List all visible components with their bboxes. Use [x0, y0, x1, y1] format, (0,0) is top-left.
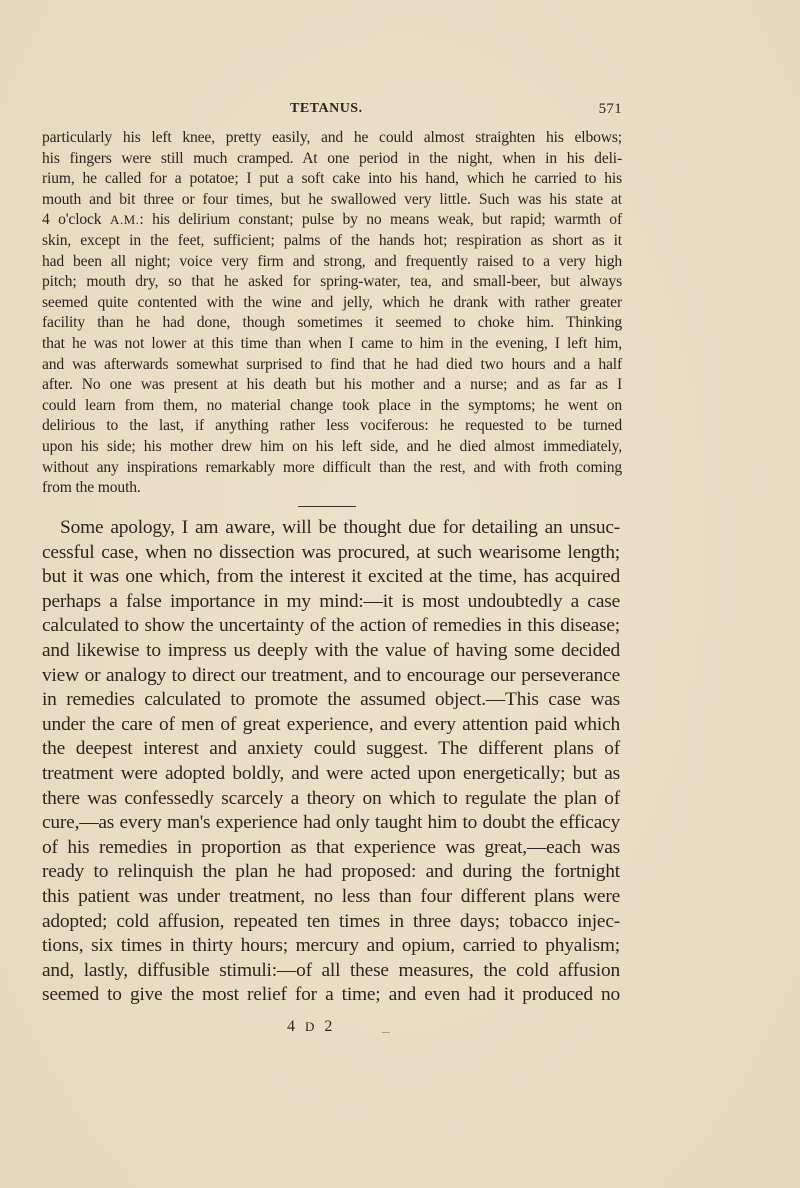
text-line: but it was one which, from the interest … [42, 565, 620, 590]
text-line: treatment were adopted boldly, and were … [42, 762, 620, 787]
text-line: mouth and bit three or four times, but h… [42, 190, 622, 211]
text-line: after. No one was present at his death b… [42, 375, 622, 396]
text-line: had been all night; voice very firm and … [42, 252, 622, 273]
text-line: the deepest interest and anxiety could s… [42, 737, 620, 762]
text-line: ready to relinquish the plan he had prop… [42, 860, 620, 885]
text-line: without any inspirations remarkably more… [42, 458, 622, 479]
text-line: in remedies calculated to promote the as… [42, 688, 620, 713]
stray-ink-mark [382, 1032, 390, 1033]
text-line: skin, except in the feet, sufficient; pa… [42, 231, 622, 252]
text-line: rium, he called for a potatoe; I put a s… [42, 169, 622, 190]
text-line: there was confessedly scarcely a theory … [42, 787, 620, 812]
text-line: and likewise to impress us deeply with t… [42, 639, 620, 664]
text-line: cessful case, when no dissection was pro… [42, 541, 620, 566]
text-line: calculated to show the uncertainty of th… [42, 614, 620, 639]
text-line: tions, six times in thirty hours; mercur… [42, 934, 620, 959]
text-line: this patient was under treatment, no les… [42, 885, 620, 910]
running-head: TETANUS. 571 [42, 101, 622, 121]
signature-number: 4 [287, 1018, 305, 1035]
text-line: Some apology, I am aware, will be though… [42, 516, 620, 541]
text-line: adopted; cold affusion, repeated ten tim… [42, 910, 620, 935]
signature-letter: D [305, 1019, 317, 1034]
page-number: 571 [599, 101, 622, 118]
text-line: his fingers were still much cramped. At … [42, 149, 622, 170]
running-title: TETANUS. [290, 101, 363, 117]
signature-number: 2 [317, 1018, 335, 1035]
signature-mark: 4 D 2 [287, 1018, 335, 1036]
text-line: and was afterwards somewhat surprised to… [42, 355, 622, 376]
text-line: particularly his left knee, pretty easil… [42, 128, 622, 149]
text-line: and, lastly, diffusible stimuli:—of all … [42, 959, 620, 984]
text-line: from the mouth. [42, 478, 622, 499]
time-abbreviation: A.M. [110, 212, 139, 227]
text-line: 4 o'clock A.M.: his delirium constant; p… [42, 210, 622, 231]
text-line: seemed to give the most relief for a tim… [42, 983, 620, 1008]
text-fragment: 4 o'clock [42, 211, 110, 228]
text-fragment: : his delirium constant; pulse by no mea… [139, 211, 622, 228]
text-line: cure,—as every man's experience had only… [42, 811, 620, 836]
case-narrative: particularly his left knee, pretty easil… [42, 128, 622, 499]
text-line: perhaps a false importance in my mind:—i… [42, 590, 620, 615]
text-line: seemed quite contented with the wine and… [42, 293, 622, 314]
text-line: could learn from them, no material chang… [42, 396, 622, 417]
text-line: upon his side; his mother drew him on hi… [42, 437, 622, 458]
text-line: that he was not lower at this time than … [42, 334, 622, 355]
text-line: pitch; mouth dry, so that he asked for s… [42, 272, 622, 293]
text-line: delirious to the last, if anything rathe… [42, 416, 622, 437]
text-line: of his remedies in proportion as that ex… [42, 836, 620, 861]
section-divider [298, 506, 356, 507]
commentary-paragraph: Some apology, I am aware, will be though… [42, 516, 620, 1008]
text-line: under the care of men of great experienc… [42, 713, 620, 738]
text-line: facility than he had done, though someti… [42, 313, 622, 334]
text-line: view or analogy to direct our treatment,… [42, 664, 620, 689]
